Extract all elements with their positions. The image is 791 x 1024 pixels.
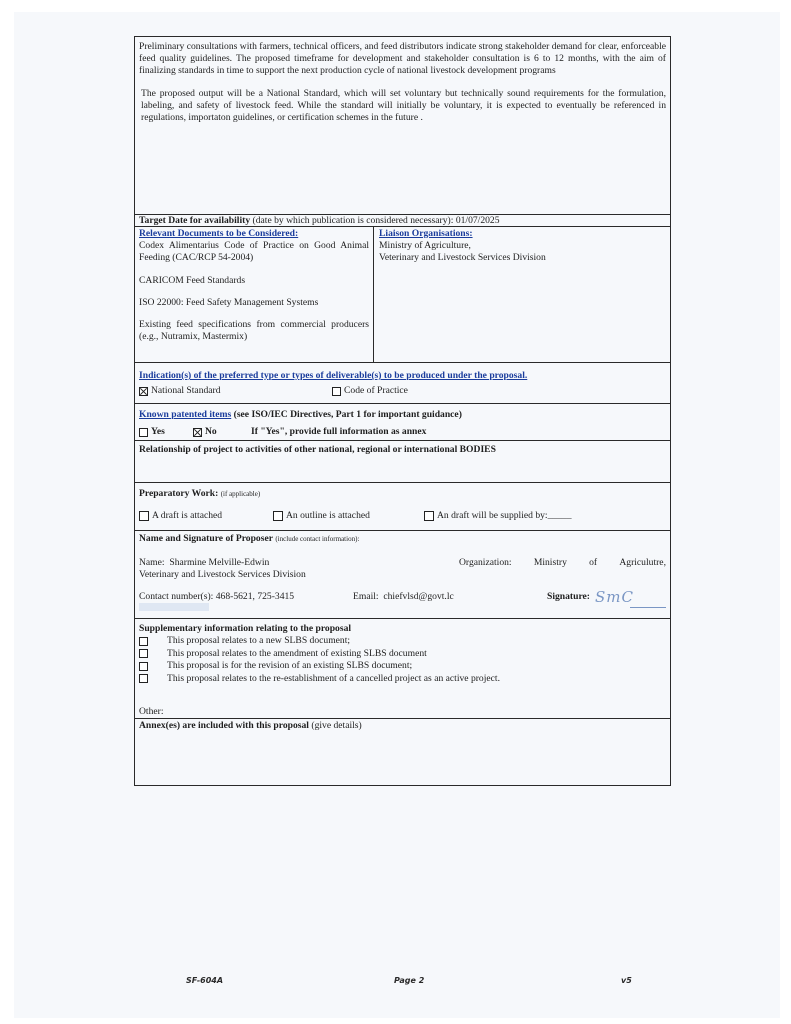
liaison-line: Veterinary and Livestock Services Divisi…	[379, 252, 665, 264]
patents-option-no[interactable]: No	[193, 426, 251, 438]
supplementary-option[interactable]: This proposal relates to the re-establis…	[139, 673, 666, 686]
checkbox-checked-icon[interactable]	[139, 387, 148, 396]
annex-section: Annex(es) are included with this proposa…	[135, 719, 670, 785]
organization-word[interactable]: Ministry	[534, 557, 567, 581]
liaison-line: Ministry of Agriculture,	[379, 240, 665, 252]
supplementary-option[interactable]: This proposal relates to a new SLBS docu…	[139, 635, 666, 648]
preparatory-note: (if applicable)	[221, 490, 260, 498]
checkbox-icon[interactable]	[139, 674, 148, 683]
email-value[interactable]: chiefvlsd@govt.lc	[383, 591, 453, 602]
liaison-organisations: Liaison Organisations: Ministry of Agric…	[374, 227, 670, 362]
patents-section: Known patented items (see ISO/IEC Direct…	[135, 404, 670, 441]
name-label: Name:	[139, 557, 165, 568]
option-label: A draft is attached	[152, 510, 222, 522]
supplementary-heading: Supplementary information relating to th…	[139, 623, 666, 635]
checkbox-icon[interactable]	[273, 511, 283, 521]
signature-label: Signature:	[547, 591, 590, 603]
patents-note: (see ISO/IEC Directives, Part 1 for impo…	[234, 409, 462, 420]
checkbox-icon[interactable]	[139, 662, 148, 671]
option-label: National Standard	[151, 385, 221, 397]
proposer-name[interactable]: Sharmine Melville-Edwin	[169, 557, 269, 568]
option-label: An outline is attached	[286, 510, 370, 522]
relationship-section: Relationship of project to activities of…	[135, 441, 670, 483]
supplementary-section: Supplementary information relating to th…	[135, 619, 670, 719]
target-date-row: Target Date for availability (date by wh…	[135, 215, 670, 227]
highlight-mark	[139, 603, 209, 611]
checkbox-icon[interactable]	[332, 387, 341, 396]
contact-label: Contact number(s):	[139, 591, 213, 602]
patents-option-yes[interactable]: Yes	[139, 426, 193, 438]
option-label: Code of Practice	[344, 385, 408, 397]
supplementary-option[interactable]: This proposal relates to the amendment o…	[139, 648, 666, 661]
proposer-section: Name and Signature of Proposer (include …	[135, 531, 670, 619]
intro-paragraph-1: Preliminary consultations with farmers, …	[139, 41, 666, 78]
checkbox-icon[interactable]	[139, 428, 148, 437]
checkbox-icon[interactable]	[139, 637, 148, 646]
contact-numbers[interactable]: 468-5621, 725-3415	[216, 591, 294, 602]
relationship-heading: Relationship of project to activities of…	[139, 444, 666, 456]
option-label: This proposal relates to the re-establis…	[167, 673, 500, 685]
relevant-documents-heading: Relevant Documents to be Considered:	[139, 228, 369, 240]
proposer-division[interactable]: Veterinary and Livestock Services Divisi…	[139, 569, 459, 581]
intro-paragraph-2: The proposed output will be a National S…	[139, 88, 666, 125]
footer-version: v5	[621, 976, 632, 985]
prep-option-outline-attached[interactable]: An outline is attached	[273, 510, 424, 522]
deliverable-option-national-standard[interactable]: National Standard	[139, 385, 332, 397]
email-label: Email:	[353, 591, 379, 602]
deliverable-option-code-of-practice[interactable]: Code of Practice	[332, 385, 408, 397]
justification-section: Preliminary consultations with farmers, …	[135, 37, 670, 215]
checkbox-icon[interactable]	[139, 511, 149, 521]
option-label: No	[205, 426, 217, 438]
target-date-label: Target Date for availability	[139, 215, 250, 226]
annex-heading: Annex(es) are included with this proposa…	[139, 720, 309, 731]
proposer-heading: Name and Signature of Proposer	[139, 533, 273, 544]
relevant-documents: Relevant Documents to be Considered: Cod…	[135, 227, 374, 362]
prep-option-draft-supplied[interactable]: An draft will be supplied by:_____	[424, 510, 572, 522]
signature-stroke	[630, 607, 666, 608]
option-label: An draft will be supplied by:_____	[437, 510, 572, 522]
proposal-form: Preliminary consultations with farmers, …	[134, 36, 671, 786]
checkbox-checked-icon[interactable]	[193, 428, 202, 437]
target-date-note: (date by which publication is considered…	[253, 215, 454, 226]
checkbox-icon[interactable]	[424, 511, 434, 521]
relevant-document-item: ISO 22000: Feed Safety Management System…	[139, 297, 369, 309]
patents-instruction: If "Yes", provide full information as an…	[251, 426, 426, 438]
option-label: Yes	[151, 426, 165, 438]
other-label: Other:	[139, 706, 164, 718]
supplementary-option[interactable]: This proposal is for the revision of an …	[139, 660, 666, 673]
relevant-document-item: Codex Alimentarius Code of Practice on G…	[139, 240, 369, 264]
relevant-document-item: Existing feed specifications from commer…	[139, 319, 369, 343]
footer-form-code: SF-604A	[186, 976, 223, 985]
deliverable-heading: Indication(s) of the preferred type or t…	[139, 370, 666, 382]
footer-page-number: Page 2	[394, 976, 424, 985]
signature-field[interactable]: SmC	[595, 591, 634, 603]
relevant-document-item: CARICOM Feed Standards	[139, 275, 369, 287]
option-label: This proposal relates to the amendment o…	[167, 648, 427, 660]
documents-liaison-row: Relevant Documents to be Considered: Cod…	[135, 227, 670, 363]
organization-word[interactable]: Agriculutre,	[619, 557, 666, 581]
proposer-note: (include contact information):	[275, 535, 359, 543]
liaison-heading: Liaison Organisations:	[379, 228, 665, 240]
preparatory-work-section: Preparatory Work: (if applicable) A draf…	[135, 483, 670, 531]
option-label: This proposal relates to a new SLBS docu…	[167, 635, 350, 647]
patents-heading: Known patented items	[139, 409, 231, 420]
target-date-value[interactable]: 01/07/2025	[456, 215, 500, 226]
option-label: This proposal is for the revision of an …	[167, 660, 412, 672]
organization-label: Organization:	[459, 557, 512, 581]
prep-option-draft-attached[interactable]: A draft is attached	[139, 510, 273, 522]
annex-note: (give details)	[311, 720, 361, 731]
preparatory-heading: Preparatory Work:	[139, 488, 218, 499]
deliverable-section: Indication(s) of the preferred type or t…	[135, 363, 670, 404]
organization-word[interactable]: of	[589, 557, 597, 581]
checkbox-icon[interactable]	[139, 649, 148, 658]
